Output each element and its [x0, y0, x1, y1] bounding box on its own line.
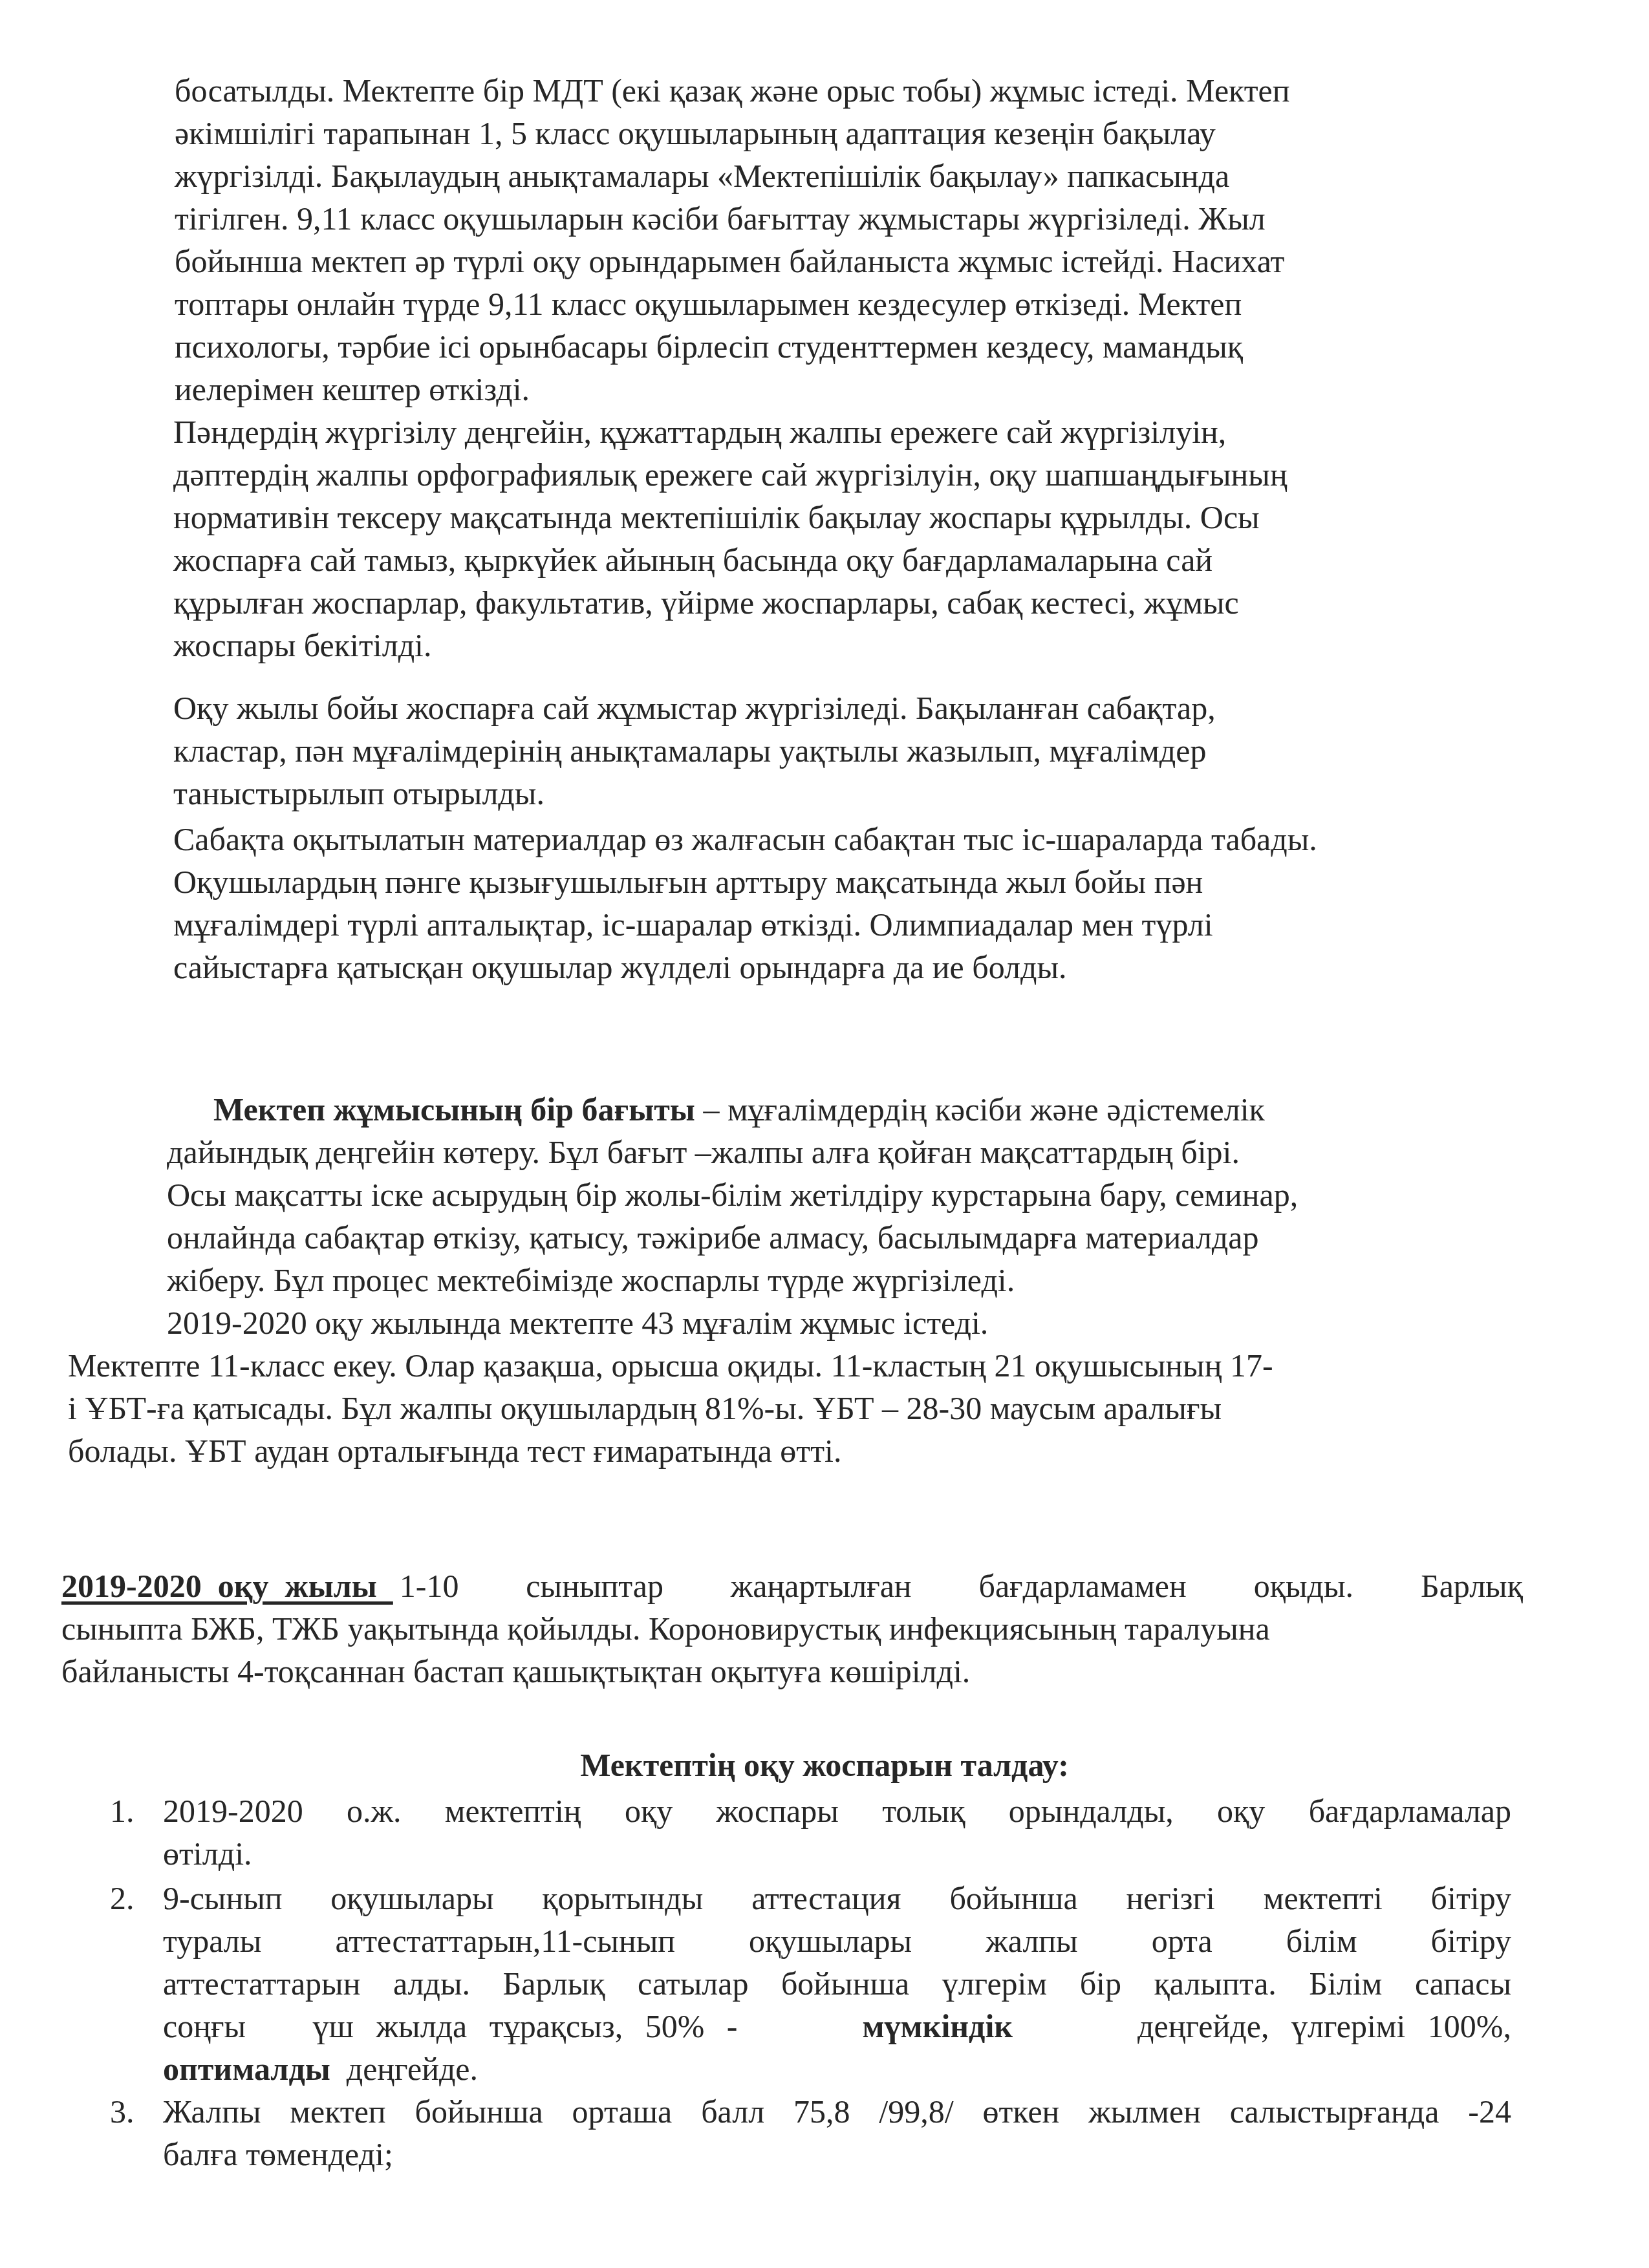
text-line: мұғалімдері түрлі апталықтар, іс-шаралар…	[173, 903, 1213, 946]
list-number: 1.	[110, 1790, 135, 1832]
text-line: иелерімен кештер өткізді.	[175, 368, 530, 411]
list-item-line: аттестаттарын алды. Барлық сатылар бойын…	[163, 1962, 1511, 2005]
text-line: сайыстарға қатысқан оқушылар жүлделі оры…	[173, 946, 1067, 989]
text-line: құрылған жоспарлар, факультатив, үйірме …	[173, 581, 1239, 624]
text-span: – мұғалімдердің кәсіби және әдістемелік	[695, 1091, 1265, 1128]
text-line: сыныпта БЖБ, ТЖБ уақытында қойылды. Коро…	[61, 1607, 1270, 1650]
text-line: Мектеп жұмысының бір бағыты – мұғалімдер…	[213, 1088, 1265, 1131]
text-line: Пәндердің жүргізілу деңгейін, құжаттарды…	[173, 411, 1226, 453]
text-line: Сабақта оқытылатын материалдар өз жалғас…	[173, 818, 1317, 861]
text-line: 2019-2020 оқу жылында мектепте 43 мұғалі…	[167, 1301, 988, 1344]
underlined-lead: 2019-2020 оқу жылы	[61, 1565, 393, 1607]
text-line: босатылды. Мектепте бір МДТ (екі қазақ ж…	[175, 69, 1290, 112]
text-line: байланысты 4-тоқсаннан бастап қашықтықта…	[61, 1650, 970, 1693]
text-span: деңгейде.	[330, 2051, 478, 2087]
text-line: Оқушылардың пәнге қызығушылығын арттыру …	[173, 861, 1203, 903]
text-line: Оқу жылы бойы жоспарға сай жұмыстар жүрг…	[173, 687, 1216, 729]
text-span: 1-10 сыныптар жаңартылған бағдарламамен …	[393, 1565, 1523, 1607]
text-line: Осы мақсатты іске асырудың бір жолы-білі…	[167, 1173, 1298, 1216]
text-line: жоспары бекітілді.	[173, 624, 431, 667]
bold-term: мүмкіндік	[862, 2005, 1013, 2048]
text-line: таныстырылып отырылды.	[173, 772, 544, 815]
text-line: 2019-2020 оқу жылы 1-10 сыныптар жаңарты…	[61, 1565, 1523, 1607]
bold-term: оптималды	[163, 2051, 330, 2087]
text-line: кластар, пән мұғалімдерінің анықтамалары…	[173, 729, 1206, 772]
text-line: і ҰБТ-ға қатысады. Бұл жалпы оқушылардың…	[68, 1387, 1222, 1429]
list-item-line: Жалпы мектеп бойынша орташа балл 75,8 /9…	[163, 2090, 1511, 2133]
text-line: Мектепте 11-класс екеу. Олар қазақша, ор…	[68, 1344, 1273, 1387]
text-span: соңғы үш жылда тұрақсыз, 50% -	[163, 2005, 760, 2048]
text-line: әкімшілігі тарапынан 1, 5 класс оқушылар…	[175, 112, 1216, 155]
list-item-line: балға төмендеді;	[163, 2133, 393, 2176]
list-item-line: оптималды деңгейде.	[163, 2048, 478, 2090]
list-item-line: соңғы үш жылда тұрақсыз, 50% - мүмкіндік…	[163, 2005, 1511, 2048]
text-span: деңгейде, үлгерімі 100%,	[1115, 2005, 1511, 2048]
text-line: болады. ҰБТ аудан орталығында тест ғимар…	[68, 1429, 841, 1472]
list-item-line: туралы аттестаттарын,11-сынып оқушылары …	[163, 1920, 1511, 1962]
list-item-line: 2019-2020 о.ж. мектептің оқу жоспары тол…	[163, 1790, 1511, 1832]
list-item-line: 9-сынып оқушылары қорытынды аттестация б…	[163, 1877, 1511, 1920]
bold-lead: Мектеп жұмысының бір бағыты	[213, 1091, 695, 1128]
text-line: бойынша мектеп әр түрлі оқу орындарымен …	[175, 240, 1284, 283]
text-line: тігілген. 9,11 класс оқушыларын кәсіби б…	[175, 197, 1266, 240]
section-heading: Мектептің оқу жоспарын талдау:	[0, 1744, 1649, 1786]
text-line: дайындық деңгейін көтеру. Бұл бағыт –жал…	[167, 1131, 1240, 1173]
document-page: босатылды. Мектепте бір МДТ (екі қазақ ж…	[0, 0, 1649, 2268]
text-line: дәптердің жалпы орфографиялық ережеге са…	[173, 453, 1288, 496]
text-line: нормативін тексеру мақсатында мектепішіл…	[173, 496, 1260, 539]
text-line: жоспарға сай тамыз, қыркүйек айының басы…	[173, 539, 1212, 581]
text-line: онлайнда сабақтар өткізу, қатысу, тәжіри…	[167, 1216, 1258, 1259]
text-line: психологы, тәрбие ісі орынбасары бірлесі…	[175, 325, 1243, 368]
list-item-line: өтілді.	[163, 1832, 252, 1875]
text-line: жүргізілді. Бақылаудың анықтамалары «Мек…	[175, 155, 1229, 197]
text-line: жіберу. Бұл процес мектебімізде жоспарлы…	[167, 1259, 1015, 1301]
list-number: 3.	[110, 2090, 135, 2133]
text-line: топтары онлайн түрде 9,11 класс оқушылар…	[175, 283, 1242, 325]
list-number: 2.	[110, 1877, 135, 1920]
